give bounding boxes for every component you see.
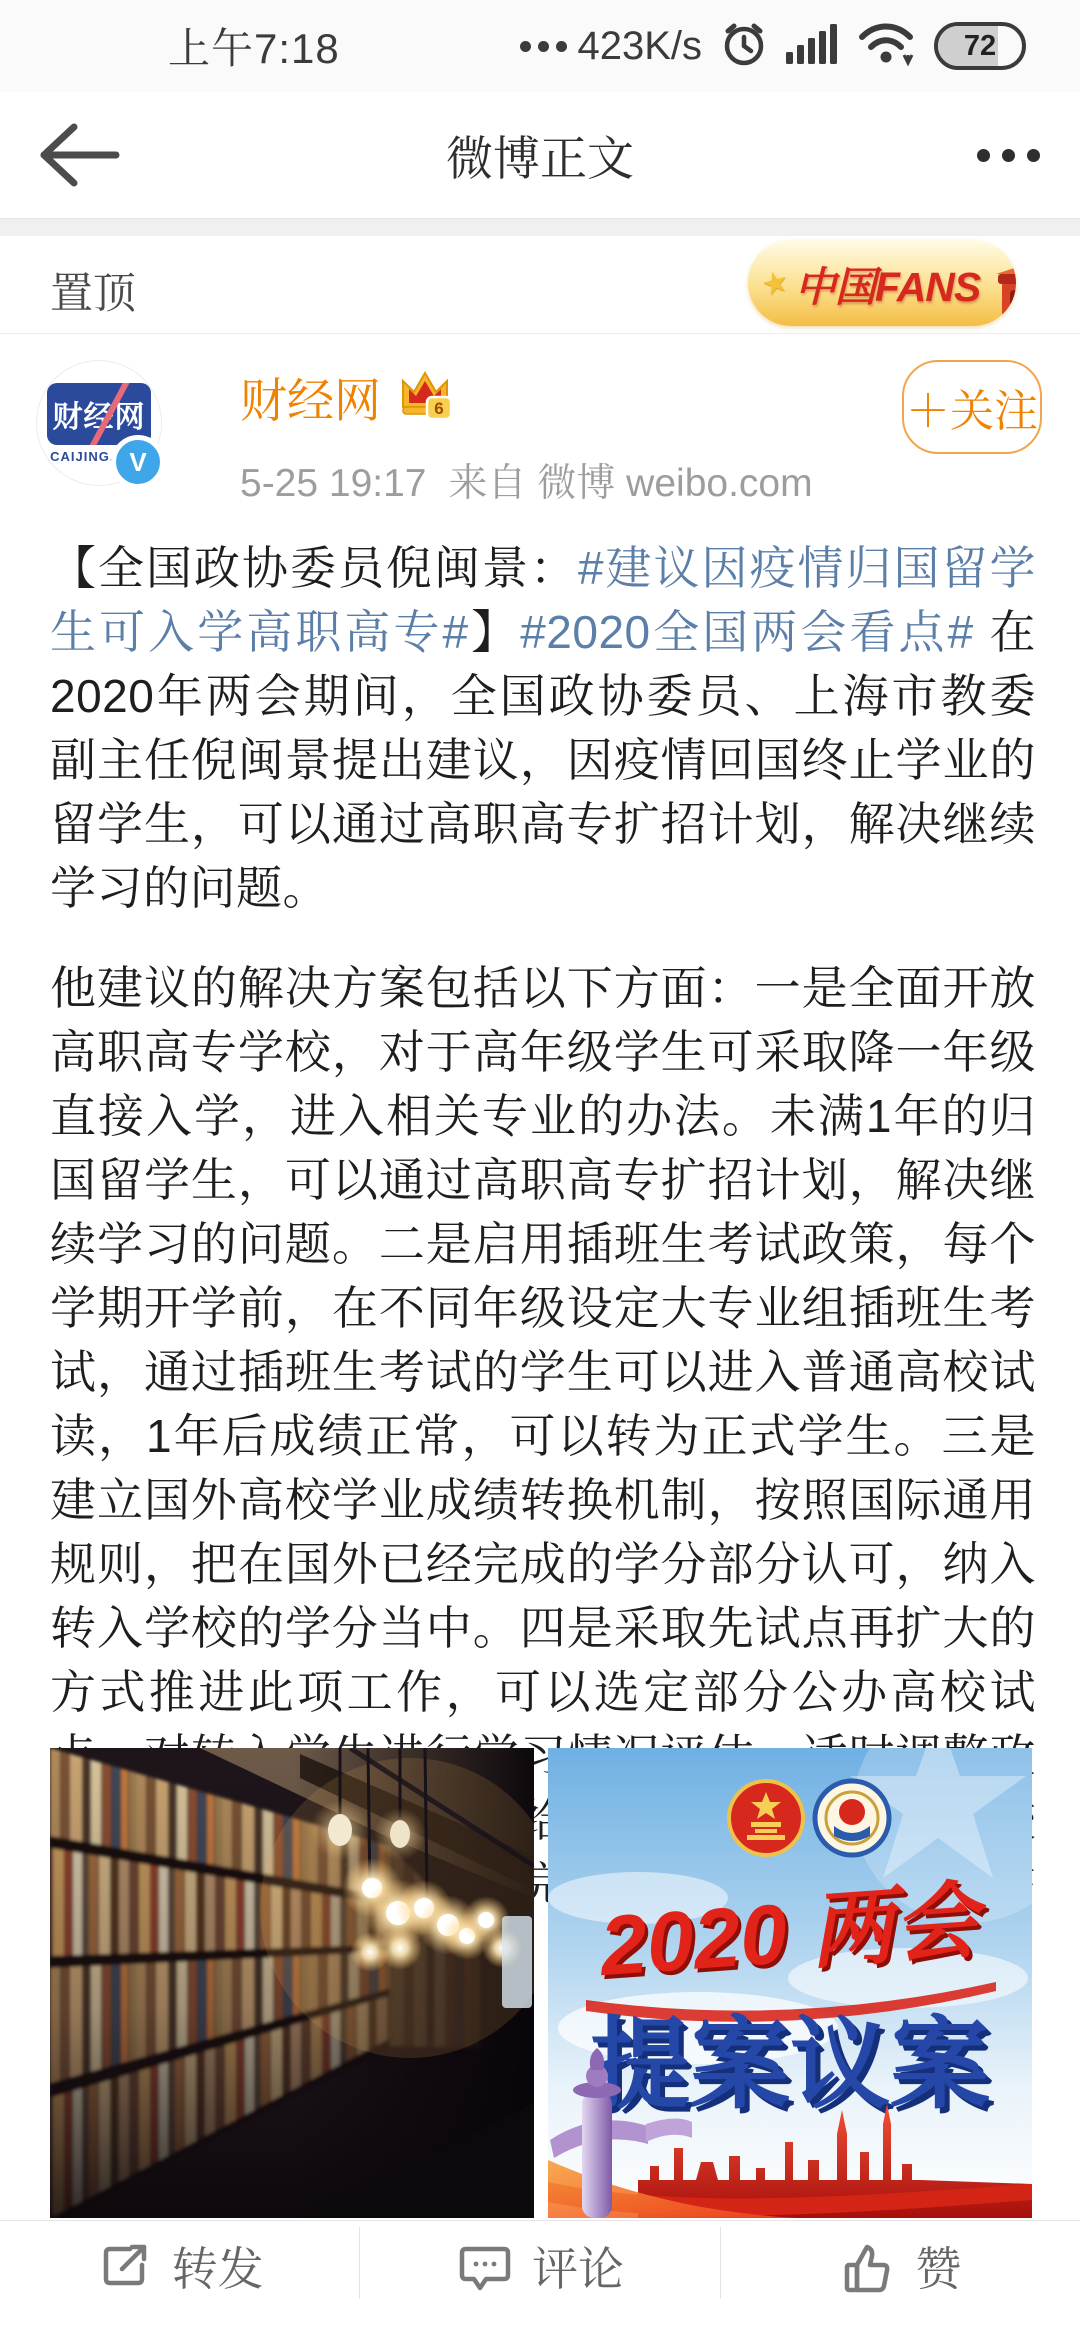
bottom-action-bar: 转发 评论 赞 [0,2220,1080,2340]
more-button[interactable] [950,120,1040,190]
body-text: 【全国政协委员倪闽景： [50,542,578,594]
like-button[interactable]: 赞 [721,2221,1080,2340]
poster-title: 提案议案 [590,2009,990,2121]
post-source: 来自 微博 weibo.com [449,462,813,505]
battery-level: 72 [964,30,996,63]
repost-icon [96,2239,154,2297]
proposals-poster-image[interactable]: 2020 两会 2020 两会 提案议案 提案议案 [548,1748,1032,2218]
pinned-label: 置顶 [50,260,136,321]
pinned-row: 置顶 ★ 中国FANS [0,236,1080,334]
tiananmen-icon [984,242,1016,325]
author-name[interactable]: 财经网 [240,364,381,431]
page-title: 微博正文 [446,122,634,189]
post-paragraph: 【全国政协委员倪闽景：#建议因疫情归国留学生可入学高职高专#】#2020全国两会… [50,536,1036,920]
weibo-post-screen: 上午7:18 423K/s [0,0,1080,2340]
body-text: 】 [469,606,521,658]
bookshelf-photo[interactable] [50,1748,534,2218]
repost-button[interactable]: 转发 [0,2221,359,2340]
post-meta: 5-25 19:17来自 微博 weibo.com [240,452,813,508]
hashtag-link[interactable]: #2020全国两会看点# [520,606,973,658]
network-dots-icon [520,41,567,52]
signal-icon [786,20,840,73]
network-speed: 423K/s [577,24,702,69]
timestamp: 5-25 19:17 [240,462,427,505]
comment-icon [456,2239,514,2297]
nav-bar: 微博正文 [0,92,1080,218]
images-row: 2020 两会 2020 两会 提案议案 提案议案 [50,1748,1036,2218]
wifi-icon [856,19,918,74]
like-label: 赞 [915,2239,961,2299]
china-fans-badge[interactable]: ★ 中国FANS [748,240,1016,326]
alarm-icon [718,18,770,75]
back-button[interactable] [30,110,130,200]
vip-level-badge: 6 [434,399,443,418]
post-header: 财经网 CAIJING.COM V 财经网 6 5-25 19:17来自 微博 … [0,334,1080,540]
follow-button[interactable]: ＋关注 [902,360,1042,454]
battery-indicator: 72 [934,22,1026,70]
like-icon [839,2239,897,2297]
star-icon: ★ [758,263,793,304]
fans-badge-text: 中国FANS [795,254,980,313]
national-emblem-icon [729,1781,803,1855]
repost-label: 转发 [172,2239,264,2299]
avatar[interactable]: 财经网 CAIJING.COM V [36,360,162,486]
status-bar: 上午7:18 423K/s [0,0,1080,92]
back-arrow-icon [30,117,122,193]
comment-button[interactable]: 评论 [360,2221,719,2340]
section-divider [0,218,1080,237]
cppcc-emblem-icon [815,1781,889,1855]
verified-badge: V [111,435,165,489]
more-icon [977,149,990,162]
vip-crown-icon: 6 [397,367,455,428]
comment-label: 评论 [532,2239,624,2299]
clock-time: 上午7:18 [168,16,340,76]
